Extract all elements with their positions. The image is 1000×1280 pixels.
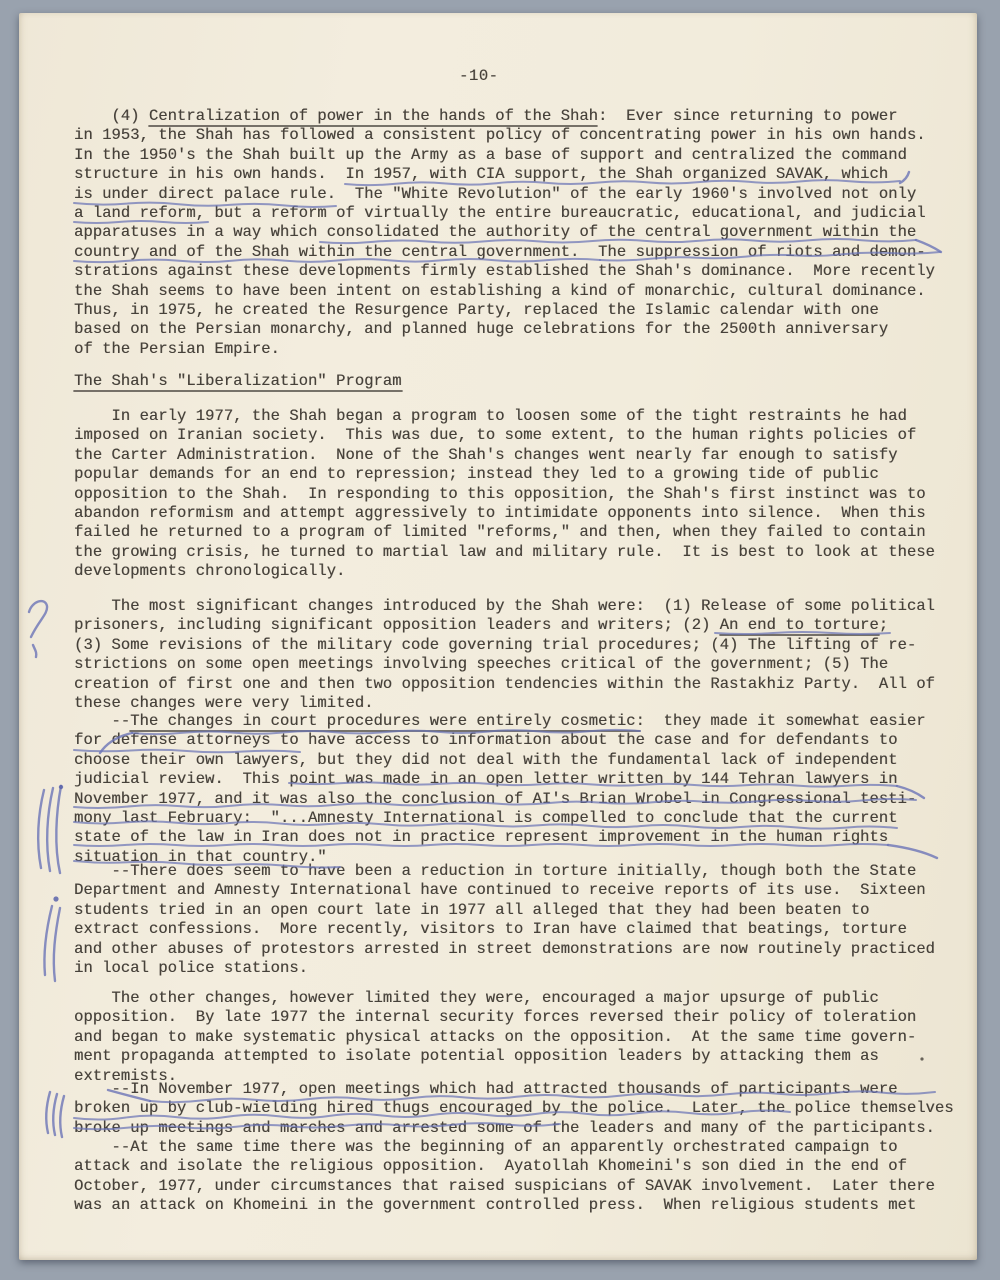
- heading-liberalization-program: The Shah's "Liberalization" Program: [74, 372, 402, 391]
- para-november-meetings: --In November 1977, open meetings which …: [74, 1080, 954, 1138]
- para-court-procedures: --The changes in court procedures were e…: [74, 712, 926, 867]
- scanned-document-page: -10- (4) Centralization of power in the …: [0, 0, 1000, 1280]
- para-liberalization-intro: In early 1977, the Shah began a program …: [74, 407, 935, 582]
- para-public-opposition-upsurge: The other changes, however limited they …: [74, 989, 916, 1086]
- para-significant-changes-list: The most significant changes introduced …: [74, 597, 935, 713]
- para-torture-reduction: --There does seem to have been a reducti…: [74, 862, 935, 978]
- page-number: -10-: [459, 67, 498, 86]
- para-religious-opposition-campaign: --At the same time there was the beginni…: [74, 1138, 935, 1216]
- para-centralization-of-power: (4) Centralization of power in the hands…: [74, 107, 935, 359]
